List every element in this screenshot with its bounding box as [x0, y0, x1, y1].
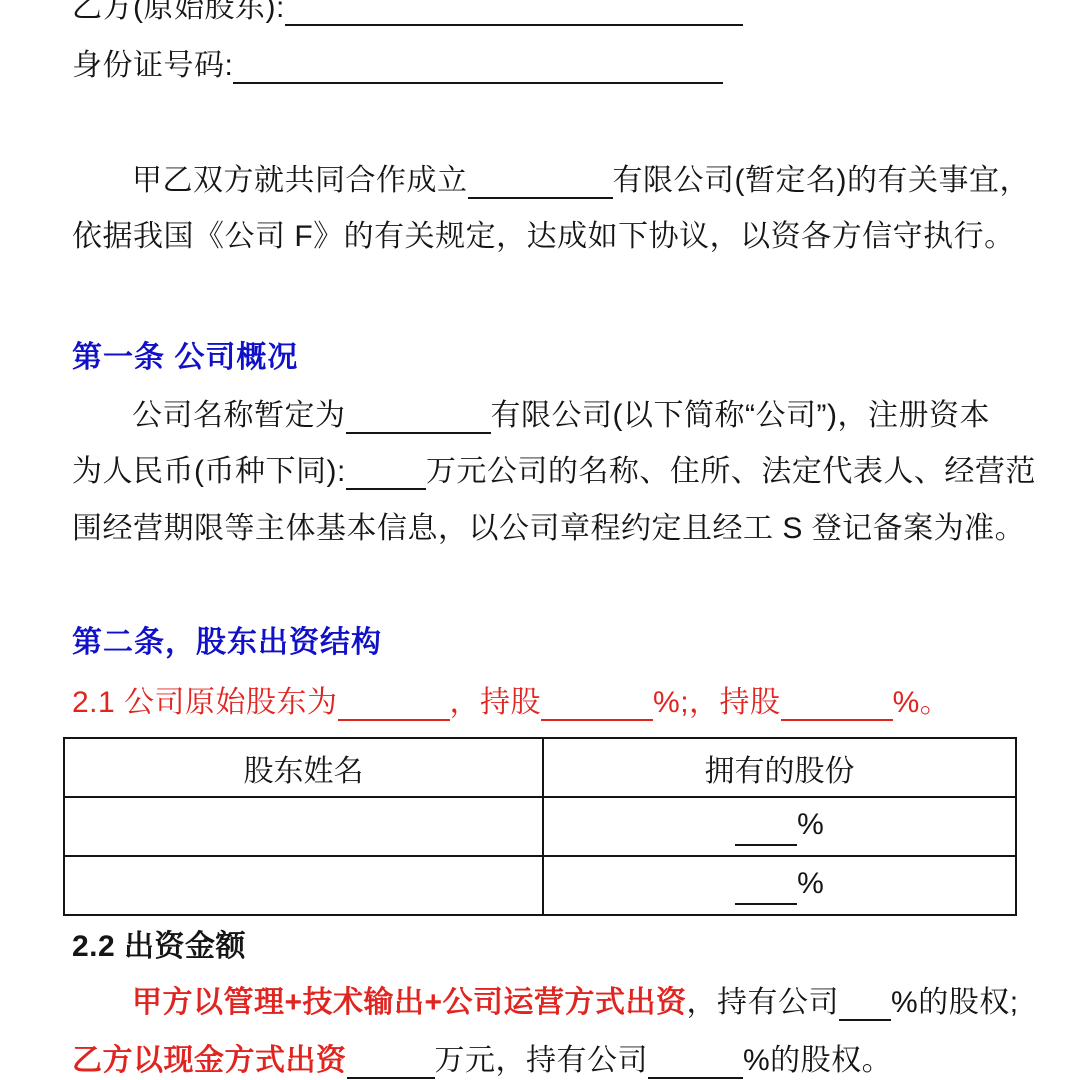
- article1-heading-text: 第一条 公司概况: [72, 341, 298, 374]
- clause-2-1-text-mid2: %;，持股: [653, 686, 781, 719]
- intro-line-2: 依据我国《公司 F》的有关规定，达成如下协议，以资各方信守执行。: [72, 217, 1015, 257]
- id-number-line: 身份证号码:: [72, 46, 723, 86]
- party-b-contribution-end-text: %的股权。: [743, 1044, 892, 1077]
- party-a-contribution-mid-text: ，持有公司: [687, 986, 840, 1019]
- article1-line-1: 公司名称暂定为有限公司(以下简称“公司”)，注册资本: [132, 396, 990, 436]
- party-a-contribution-line: 甲方以管理+技术输出+公司运营方式出资，持有公司%的股权;: [132, 983, 1019, 1023]
- article1-line-3: 围经营期限等主体基本信息，以公司章程约定且经工 S 登记备案为准。: [72, 509, 1025, 549]
- table-row: %: [64, 797, 1016, 856]
- id-number-blank-field: [233, 46, 723, 84]
- clause-2-2-heading: 2.2 出资金额: [72, 927, 246, 967]
- id-number-label: 身份证号码:: [72, 49, 233, 82]
- party-a-contribution-end-text: %的股权;: [891, 986, 1019, 1019]
- table-header-row: 股东姓名 拥有的股份: [64, 738, 1016, 797]
- party-b-line: 乙方(原始股东):: [72, 0, 743, 28]
- shareholder-name-cell: [64, 856, 543, 915]
- party-b-contribution-line: 乙方以现金方式出资万元，持有公司%的股权。: [72, 1041, 892, 1080]
- clause-2-1-line: 2.1 公司原始股东为，持股%;，持股%。: [72, 683, 950, 723]
- article1-text-2a: 为人民币(币种下同):: [72, 455, 346, 488]
- percent-sign: %: [797, 867, 824, 900]
- clause-2-1-text-end: %。: [893, 686, 951, 719]
- article2-heading: 第二条，股东出资结构: [72, 623, 382, 663]
- table-percent-blank: [735, 867, 797, 905]
- registered-capital-blank: [346, 452, 426, 490]
- article2-heading-text: 第二条，股东出资结构: [72, 626, 382, 659]
- intro-line-1: 甲乙双方就共同合作成立有限公司(暂定名)的有关事宜，: [132, 161, 1030, 201]
- table-row: %: [64, 856, 1016, 915]
- article1-text-2b: 万元公司的名称、住所、法定代表人、经营范: [426, 455, 1036, 488]
- clause-2-1-text-mid1: ，持股: [450, 686, 542, 719]
- article1-heading: 第一条 公司概况: [72, 338, 298, 378]
- party-b-blank-field: [285, 0, 743, 26]
- article1-text-1a: 公司名称暂定为: [132, 399, 346, 432]
- article1-text-1b: 有限公司(以下简称“公司”)，注册资本: [491, 399, 990, 432]
- party-b-contribution-red-text: 乙方以现金方式出资: [72, 1044, 347, 1077]
- document-page: 乙方(原始股东): 身份证号码: 甲乙双方就共同合作成立有限公司(暂定名)的有关…: [0, 0, 1080, 1080]
- article1-text-3: 围经营期限等主体基本信息，以公司章程约定且经工 S 登记备案为准。: [72, 512, 1025, 545]
- party-b-label: 乙方(原始股东):: [72, 0, 285, 24]
- clause-2-1-text-pre: 2.1 公司原始股东为: [72, 686, 338, 719]
- intro-text-2: 依据我国《公司 F》的有关规定，达成如下协议，以资各方信守执行。: [72, 220, 1015, 253]
- party-b-cash-blank: [347, 1041, 435, 1079]
- party-a-contribution-red-text: 甲方以管理+技术输出+公司运营方式出资: [132, 986, 687, 1019]
- party-a-equity-blank: [839, 983, 891, 1021]
- intro-text-post: 有限公司(暂定名)的有关事宜，: [613, 164, 1030, 197]
- table-percent-blank: [735, 808, 797, 846]
- shares-percent-cell: %: [543, 797, 1016, 856]
- col-header-shares-owned: 拥有的股份: [543, 738, 1016, 797]
- shareholders-table: 股东姓名 拥有的股份 % %: [63, 737, 1017, 916]
- intro-text-pre: 甲乙双方就共同合作成立: [132, 164, 468, 197]
- shareholder-name-cell: [64, 797, 543, 856]
- clause-2-2-heading-text: 2.2 出资金额: [72, 930, 246, 963]
- percent-sign: %: [797, 808, 824, 841]
- shareholder-name-blank: [338, 683, 450, 721]
- col-header-shareholder-name: 股东姓名: [64, 738, 543, 797]
- share-percent-blank-2: [781, 683, 893, 721]
- share-percent-blank-1: [541, 683, 653, 721]
- company-name-blank: [468, 161, 613, 199]
- shares-percent-cell: %: [543, 856, 1016, 915]
- party-b-contribution-mid-text: 万元，持有公司: [435, 1044, 649, 1077]
- party-b-equity-blank: [648, 1041, 743, 1079]
- company-name-blank-2: [346, 396, 491, 434]
- article1-line-2: 为人民币(币种下同):万元公司的名称、住所、法定代表人、经营范: [72, 452, 1036, 492]
